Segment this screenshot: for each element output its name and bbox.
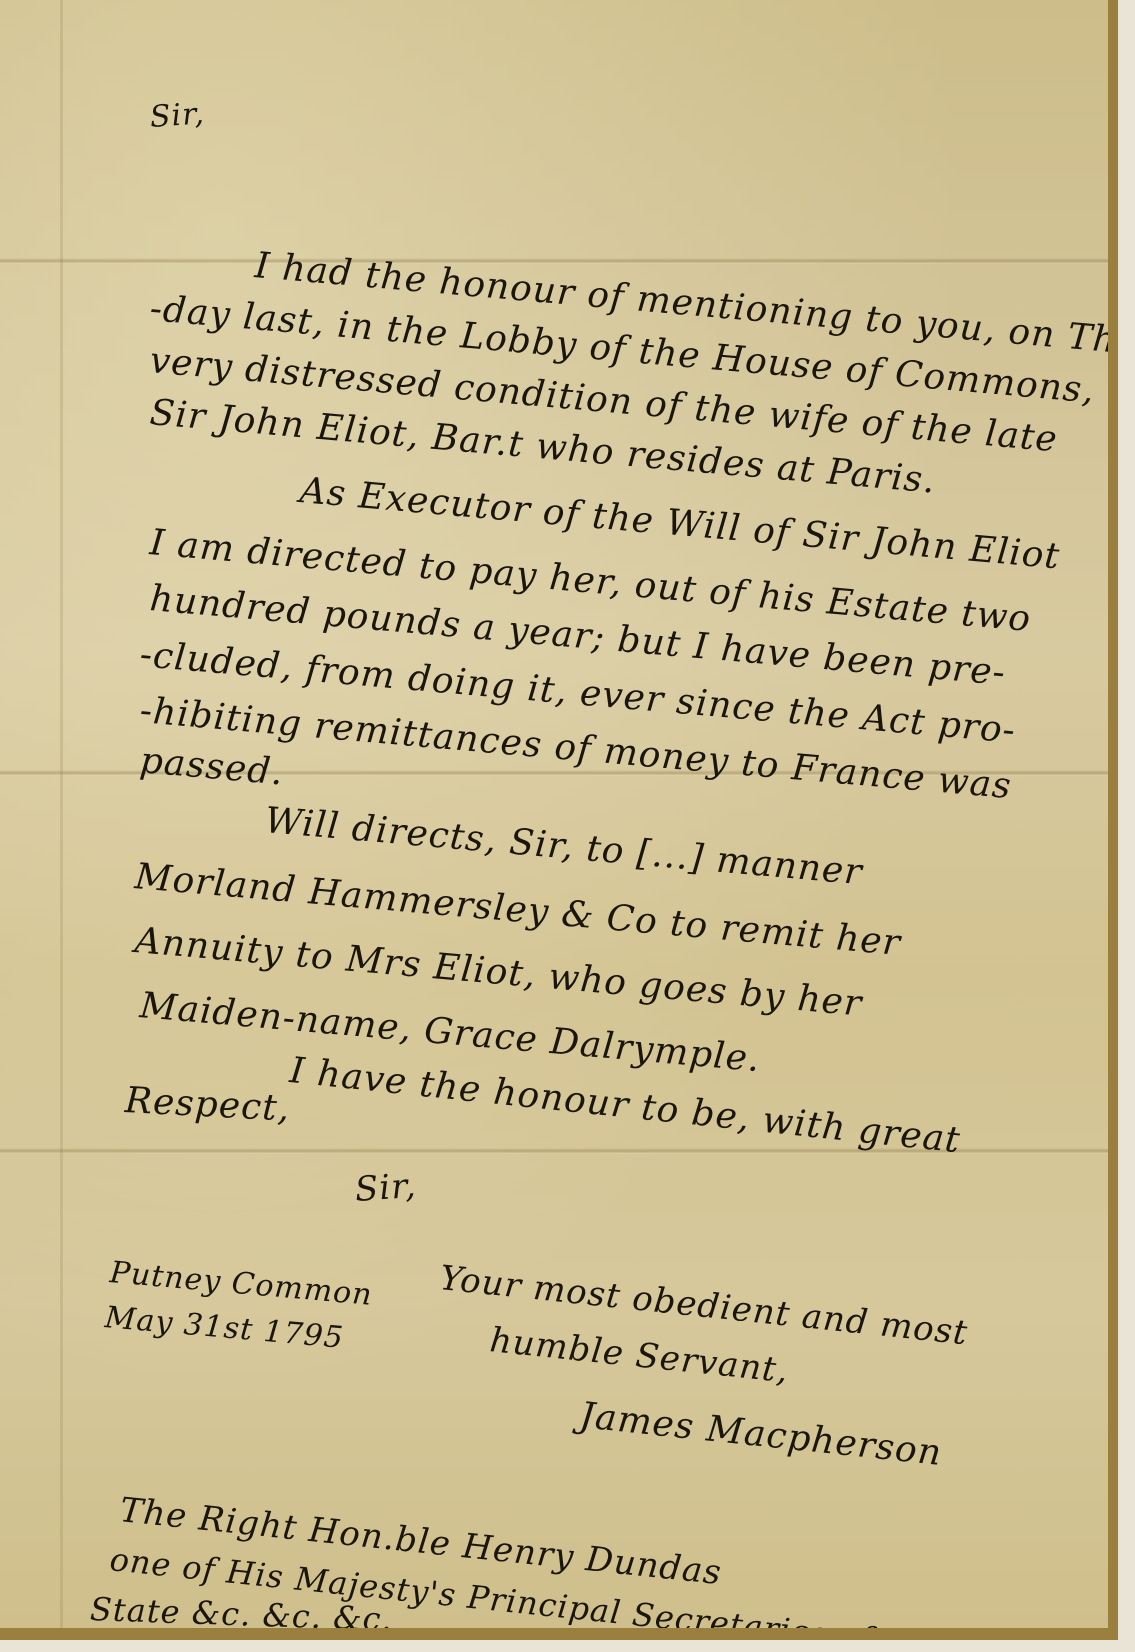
fold-crease xyxy=(0,258,1108,264)
salutation: Sir, xyxy=(149,96,206,135)
closing-line: humble Servant, xyxy=(488,1320,791,1391)
letter-line: passed. xyxy=(138,740,285,793)
closing-salutation: Sir, xyxy=(354,1166,418,1210)
date: May 31st 1795 xyxy=(103,1300,345,1356)
letter-page: Sir, I had the honour of mentioning to y… xyxy=(0,0,1118,1640)
signature: James Macpherson xyxy=(578,1395,944,1474)
letter-line: Respect, xyxy=(124,1080,291,1130)
fold-crease-vertical xyxy=(60,0,63,1628)
